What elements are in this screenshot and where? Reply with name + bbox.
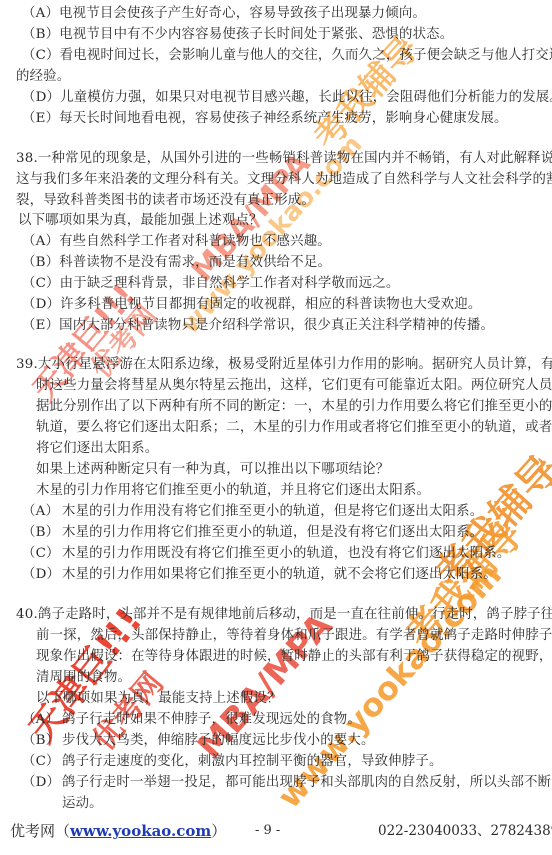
q37-option-b: （B）电视节目中有不少内容容易使孩子长时间处于紧张、恐惧的状态。 xyxy=(22,27,453,43)
q39-stem-line: 轨道，要么将它们逐出太阳系；二，木星的引力作用或者将它们推至更小的轨道，或者 xyxy=(36,420,552,436)
footer-site-name: 优考网（ xyxy=(10,822,70,840)
q39-stem-line: 据此分别作出了以下两种有所不同的断定：一，木星的引力作用要么将它们推至更小的 xyxy=(36,399,552,415)
q39-stem-line: 时这些力量会将彗星从奥尔特星云拖出，这样，它们更有可能靠近太阳。两位研究人员 xyxy=(36,378,552,394)
q40-option-c: （C） xyxy=(22,754,60,770)
q38-option-a: （A）有些自然科学工作者对科普读物也不感兴趣。 xyxy=(22,234,331,250)
q40-option-a-text: 鸽子行走时如果不伸脖子，很难发现远处的食物。 xyxy=(62,712,361,728)
q40-option-d-text: 鸽子行走时一举翅一投足，都可能出现脖子和头部肌肉的自然反射，所以头部不断 xyxy=(62,775,551,791)
q40-option-a: （A） xyxy=(22,712,59,728)
q40-stem-line: 前一探，然后，头部保持静止，等待着身体和爪子跟进。有学者曾就鸽子走路时伸脖子的 xyxy=(36,628,552,644)
footer-phone: 022-23040033、27824389 xyxy=(378,822,552,840)
q40-stem-line: 清周围的食物。 xyxy=(36,670,131,686)
page-number: - 9 - xyxy=(255,822,280,840)
footer-site: 优考网（www.yookao.com） xyxy=(10,822,226,840)
q40-option-c-text: 鸽子行走速度的变化，刺激内耳控制平衡的器官，导致伸脖子。 xyxy=(62,754,443,770)
q39-question: 如果上述两种断定只有一种为真，可以推出以下哪项结论？ xyxy=(36,462,389,478)
q38-option-d: （D）许多科普电视节目都拥有固定的收视群，相应的科普读物也大受欢迎。 xyxy=(22,297,481,313)
q37-option-d: （D）儿童模仿力强，如果只对电视节目感兴趣，长此以往，会阻碍他们分析能力的发展。 xyxy=(22,90,552,106)
q37-option-c: （C）看电视时间过长，会影响儿童与他人的交往，久而久之，孩子便会缺乏与他人打交道 xyxy=(22,48,552,64)
document-page: 考我辅导 MBA/MPA www.yookao.com 天津巨!!! 优考网 考… xyxy=(0,0,552,855)
q37-option-c-cont: 的经验。 xyxy=(16,69,70,85)
q40-stem-line: 现象作出假设：在等待身体跟进的时候，暂时静止的头部有利于鸽子获得稳定的视野，看 xyxy=(36,649,552,665)
q39-option-unlabeled: 木星的引力作用将它们推至更小的轨道，并且将它们逐出太阳系。 xyxy=(36,483,430,499)
q38-option-b: （B）科普读物不是没有需求，而是有效供给不足。 xyxy=(22,255,331,271)
q38-stem-line: 这与我们多年来沿袭的文理分科有关。文理分科人为地造成了自然科学与人文社会科学的割 xyxy=(16,172,552,188)
q38-option-c: （C）由于缺乏理科背景，非自然科学工作者对科学敬而远之。 xyxy=(22,276,399,292)
q39-option-d-text: 木星的引力作用如果将它们推至更小的轨道，就不会将它们逐出太阳系。 xyxy=(62,567,497,583)
footer-site-close: ） xyxy=(211,822,226,840)
q37-option-e: （E）每天长时间地看电视，容易使孩子神经系统产生疲劳，影响身心健康发展。 xyxy=(22,111,508,127)
q38-stem-line: 裂，导致科普类图书的读者市场还没有真正形成。 xyxy=(16,193,315,209)
q39-option-b: （B） xyxy=(22,525,59,541)
q40-option-b: （B） xyxy=(22,733,59,749)
q38-stem-line: 38.一种常见的现象是，从国外引进的一些畅销科普读物在国内并不畅销，有人对此解释… xyxy=(16,151,552,167)
footer-site-link[interactable]: www.yookao.com xyxy=(70,822,211,840)
q40-option-d-cont: 运动。 xyxy=(62,796,103,812)
q39-option-c: （C） xyxy=(22,546,60,562)
q40-option-d: （D） xyxy=(22,775,60,791)
q39-stem-line: 将它们逐出太阳系。 xyxy=(36,441,158,457)
q40-question: 以下哪项如果为真，最能支持上述假设？ xyxy=(36,691,281,707)
q39-stem-line: 39.大小行星悬浮游在太阳系边缘，极易受附近星体引力作用的影响。据研究人员计算，… xyxy=(16,357,552,373)
q40-stem-line: 40.鸽子走路时，头部并不是有规律地前后移动，而是一直在往前伸。行走时，鸽子脖子… xyxy=(16,607,552,623)
q39-option-a-text: 木星的引力作用没有将它们推至更小的轨道，但是将它们逐出太阳系。 xyxy=(62,504,483,520)
q39-option-b-text: 木星的引力作用将它们推至更小的轨道，但是没有将它们逐出太阳系。 xyxy=(62,525,483,541)
q39-option-d: （D） xyxy=(22,567,60,583)
q38-question: 以下哪项如果为真，最能加强上述观点？ xyxy=(18,213,263,229)
q38-option-e: （E）国内大部分科普读物只是介绍科学常识，很少真正关注科学精神的传播。 xyxy=(22,318,494,334)
q39-option-a: （A） xyxy=(22,504,59,520)
q40-option-b-text: 步伐大大鸟类，伸缩脖子的幅度远比步伐小的要大。 xyxy=(62,733,375,749)
q39-option-c-text: 木星的引力作用既没有将它们推至更小的轨道，也没有将它们逐出太阳系。 xyxy=(62,546,511,562)
q37-option-a: （A）电视节目会使孩子产生好奇心，容易导致孩子出现暴力倾向。 xyxy=(22,6,426,22)
